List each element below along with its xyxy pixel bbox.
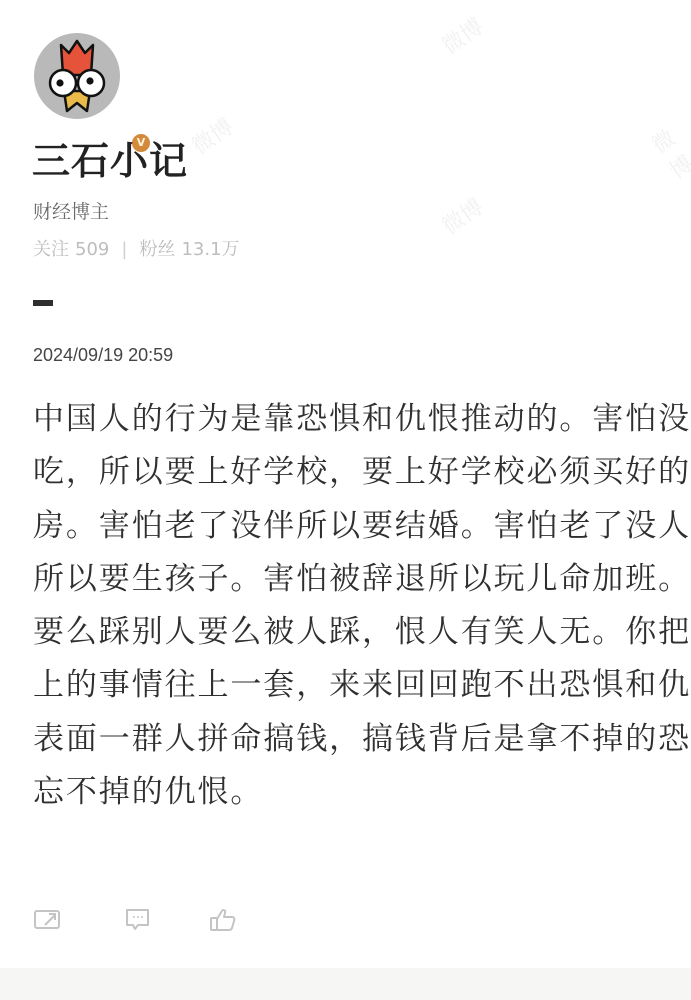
watermark: 微博 — [185, 110, 239, 161]
post-line: 忘不掉的仇恨。 — [33, 766, 673, 819]
profile-subtitle: 财经博主 — [33, 200, 109, 224]
post-timestamp: 2024/09/19 20:59 — [33, 342, 173, 368]
stats-separator: | — [121, 237, 127, 263]
profile-stats: 关注509 | 粉丝13.1万 — [33, 237, 240, 263]
comment-icon — [123, 907, 151, 933]
post-action-bar — [0, 898, 691, 942]
bottom-strip — [0, 968, 691, 1000]
avatar[interactable]: V — [34, 33, 120, 119]
following-label: 关注 — [33, 239, 69, 260]
followers-label: 粉丝 — [139, 239, 175, 260]
watermark: 微博 — [435, 10, 489, 61]
post-line: 中国人的行为是靠恐惧和仇恨推动的。害怕没饭 — [33, 393, 673, 446]
repost-icon — [33, 908, 61, 932]
following-count: 509 — [75, 239, 109, 260]
weibo-post-page: 微博 微博 微博 微博 V 三石小记 财经博主 关注509 | 粉丝13.1万 — [0, 0, 691, 1000]
post-line: 所以要生孩子。害怕被辞退所以玩儿命加班。出门 — [33, 553, 673, 606]
rooster-avatar-icon — [34, 33, 120, 119]
post-line: 房。害怕老了没伴所以要结婚。害怕老了没人照顾 — [33, 500, 673, 553]
comment-button[interactable] — [115, 898, 159, 942]
thumbs-up-icon — [209, 907, 237, 933]
followers-count: 13.1万 — [181, 239, 239, 260]
following-stat[interactable]: 关注509 — [33, 237, 109, 263]
post-line: 上的事情往上一套，来来回回跑不出恐惧和仇恨。 — [33, 659, 673, 712]
post-line: 要么踩别人要么被人踩，恨人有笑人无。你把社会 — [33, 606, 673, 659]
watermark: 微博 — [645, 117, 691, 186]
like-button[interactable] — [201, 898, 245, 942]
watermark: 微博 — [435, 190, 489, 241]
section-divider — [33, 300, 53, 306]
profile-name[interactable]: 三石小记 — [32, 138, 188, 184]
followers-stat[interactable]: 粉丝13.1万 — [139, 237, 239, 263]
post-line: 表面一群人拼命搞钱，搞钱背后是拿不掉的恐惧和 — [33, 713, 673, 766]
post-body: 中国人的行为是靠恐惧和仇恨推动的。害怕没饭 吃，所以要上好学校，要上好学校必须买… — [33, 393, 673, 819]
repost-button[interactable] — [25, 898, 69, 942]
post-line: 吃，所以要上好学校，要上好学校必须买好的学区 — [33, 446, 673, 499]
